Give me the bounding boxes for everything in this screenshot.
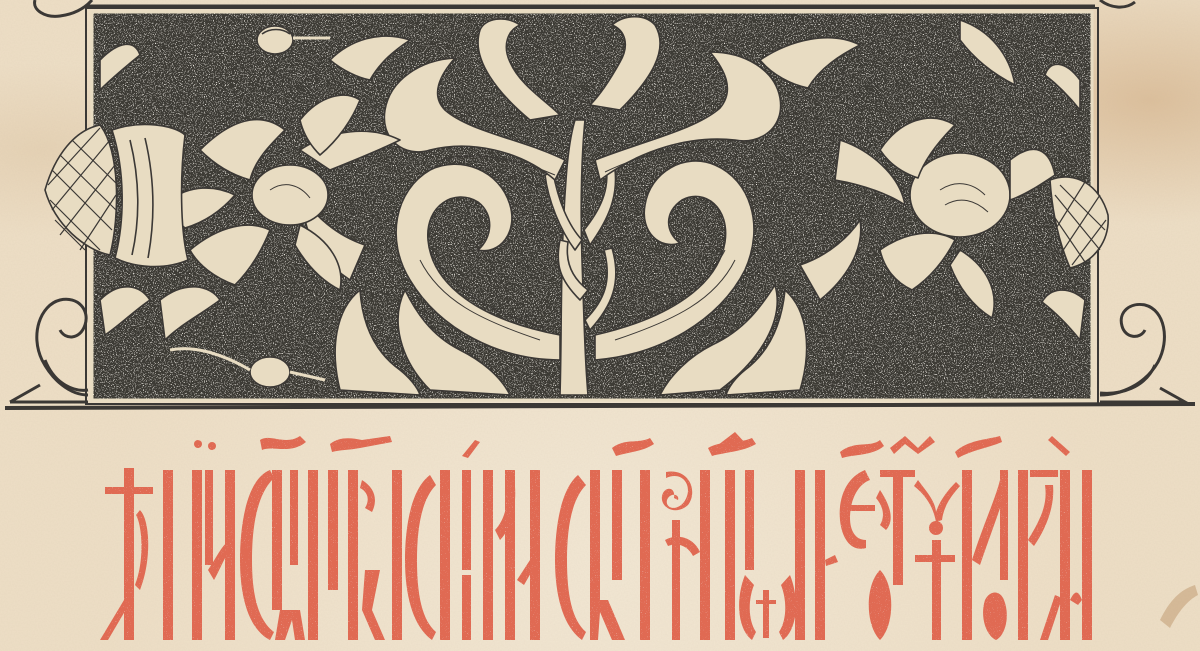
page-illustration <box>0 0 1200 651</box>
woodcut-headpiece <box>5 0 1195 408</box>
